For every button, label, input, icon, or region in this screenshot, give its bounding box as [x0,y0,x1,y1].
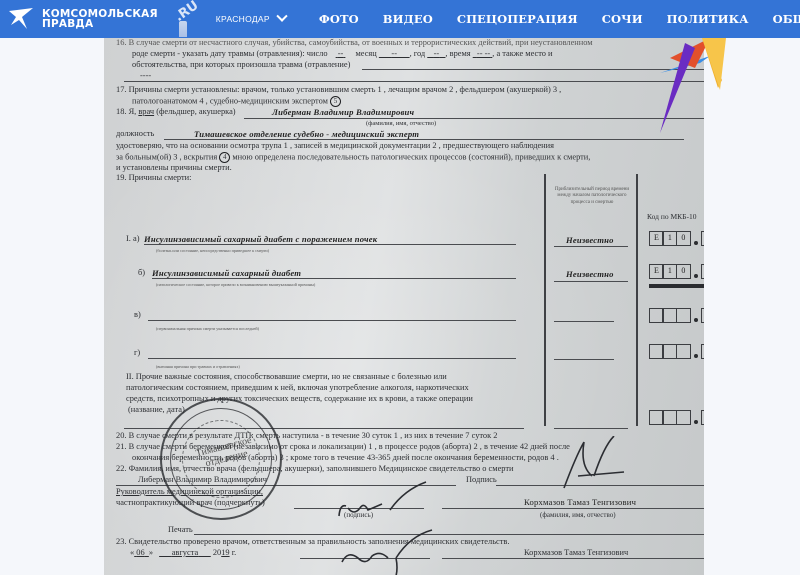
nav-item-video[interactable]: ВИДЕО [383,12,433,26]
site-header: КОМСОМОЛЬСКАЯ ПРАВДА .RU КРАСНОДАР ФОТО … [0,0,800,38]
nav-item-special-operation[interactable]: СПЕЦОПЕРАЦИЯ [457,12,578,26]
icd-code-row-b: E 1 0 1 [649,264,704,279]
cause-row-b-text: Инсулинзависимый сахарный диабет [152,268,301,278]
p16-line4: ---- [140,71,151,81]
p16-line3: обстоятельства, при которых произошла тр… [132,60,350,70]
p16-line2: роде смерти - указать дату травмы (отрав… [132,49,553,59]
p20-line: 20. В случае смерти в результате ДТП: см… [116,431,497,441]
p22-signature-caption: (подпись) [344,510,373,520]
region-label: КРАСНОДАР [216,14,270,24]
region-selector[interactable]: КРАСНОДАР [206,0,298,38]
cause-row-a-label: I. а) [126,234,139,244]
icd-code-row-c [649,308,704,323]
part2-line2: патологическим состоянием, приведшим к н… [126,383,469,393]
doctor-name: Либерман Владимир Владимирович [272,107,414,117]
nav-item-politics[interactable]: ПОЛИТИКА [667,12,749,26]
nav-item-society[interactable]: ОБЩЕСТВО [773,12,800,26]
p22-head-caption: (фамилия, имя, отчество) [540,510,616,520]
period-header: Приблизительный период времени между нач… [552,187,632,206]
p16-line1: 16. В случае смерти от несчастного случа… [116,38,593,48]
p23-line1: 23. Свидетельство проверено врачом, отве… [116,537,509,547]
p21-line1: 21. В случае смерти беременной (независи… [116,442,570,452]
p17-line1: 17. Причины смерти установлены: врачом, … [116,85,561,95]
p18-line5: и установлены причины смерти. [116,163,232,173]
icd-header: Код по МКБ-10 [647,212,696,222]
cause-row-d-caption: (внешняя причина при травмах и отравлени… [156,362,240,372]
p23-name: Корхмазов Тамаз Тенгизович [524,548,628,558]
cause-row-a-caption: (болезнь или состояние, непосредственно … [156,246,269,256]
cause-row-d-label: г) [134,348,140,358]
main-nav: ФОТО ВИДЕО СПЕЦОПЕРАЦИЯ СОЧИ ПОЛИТИКА ОБ… [319,12,800,26]
icd-code-part2 [649,410,704,425]
part2-line3: средств, психотропных и других токсическ… [126,394,473,404]
icd-code-row-a: E 1 0 2 [649,231,704,246]
chevron-down-icon [276,11,287,22]
brand-line-2: ПРАВДА [42,19,158,29]
position-value: Тимашевское отделение судебно - медицинс… [194,129,419,139]
seal-label: Печать [168,525,193,535]
p22-doctor-name: Либерман Владимир Владимирович [138,475,267,485]
name-caption: (фамилия, имя, отчество) [366,119,436,129]
site-logo[interactable]: КОМСОМОЛЬСКАЯ ПРАВДА .RU [8,0,194,38]
circled-option-5: 5 [330,96,341,107]
position-label: должность [116,129,154,139]
cause-row-c-caption: (первоначальная причина смерти указывает… [156,324,259,334]
death-certificate-photo: 16. В случае смерти от несчастного случа… [104,38,704,575]
ru-column-icon: .RU [172,1,194,37]
p22-line1: 22. Фамилия, имя, отчество врача (фельдш… [116,464,514,474]
cause-row-b-label: б) [138,268,145,278]
cause-row-a-text: Инсулинзависимый сахарный диабет с пораж… [144,234,377,244]
p18-line3: удостоверяю, что на основании осмотра тр… [116,141,554,151]
signature-icon [334,480,444,530]
nav-item-photo[interactable]: ФОТО [319,12,359,26]
cause-row-b-caption: (патологическое состояние, которое приве… [156,280,315,290]
p19-title: 19. Причины смерти: [116,173,191,183]
brand-name: КОМСОМОЛЬСКАЯ ПРАВДА [42,9,158,29]
p22-signature-label: Подпись [466,475,497,485]
icd-code-row-d [649,344,704,359]
signature-icon [336,528,436,575]
cause-row-c-label: в) [134,310,141,320]
p23-date: « 06 » августа 2019 г. [130,548,236,558]
p18-line1: 18. Я, врач (фельдшер, акушерка) [116,107,236,117]
p22-head-label: Руководитель медицинской организации, [116,487,263,497]
cause-row-b-period: Неизвестно [566,269,614,279]
p18-line4: за больным(ой) 3 , вскрытия 4 мною опред… [116,152,590,163]
p22-head-name: Корхмазов Тамаз Тенгизович [524,497,636,507]
p22-head-label2: частнопрактикующий врач (подчеркнуть) [116,498,265,508]
cause-row-a-period: Неизвестно [566,235,614,245]
part2-line4: (название, дата) [128,405,185,415]
part2-line1: II. Прочие важные состояния, способствов… [126,372,447,382]
nav-item-sochi[interactable]: СОЧИ [602,12,643,26]
circled-option-4: 4 [219,152,230,163]
p17-line2: патологоанатомом 4 , судебно-медицинским… [132,96,341,107]
p21-line2: окончания беременности, родов (аборта) 3… [132,453,559,463]
swallow-logo-icon [8,6,34,32]
page-background [704,38,800,575]
